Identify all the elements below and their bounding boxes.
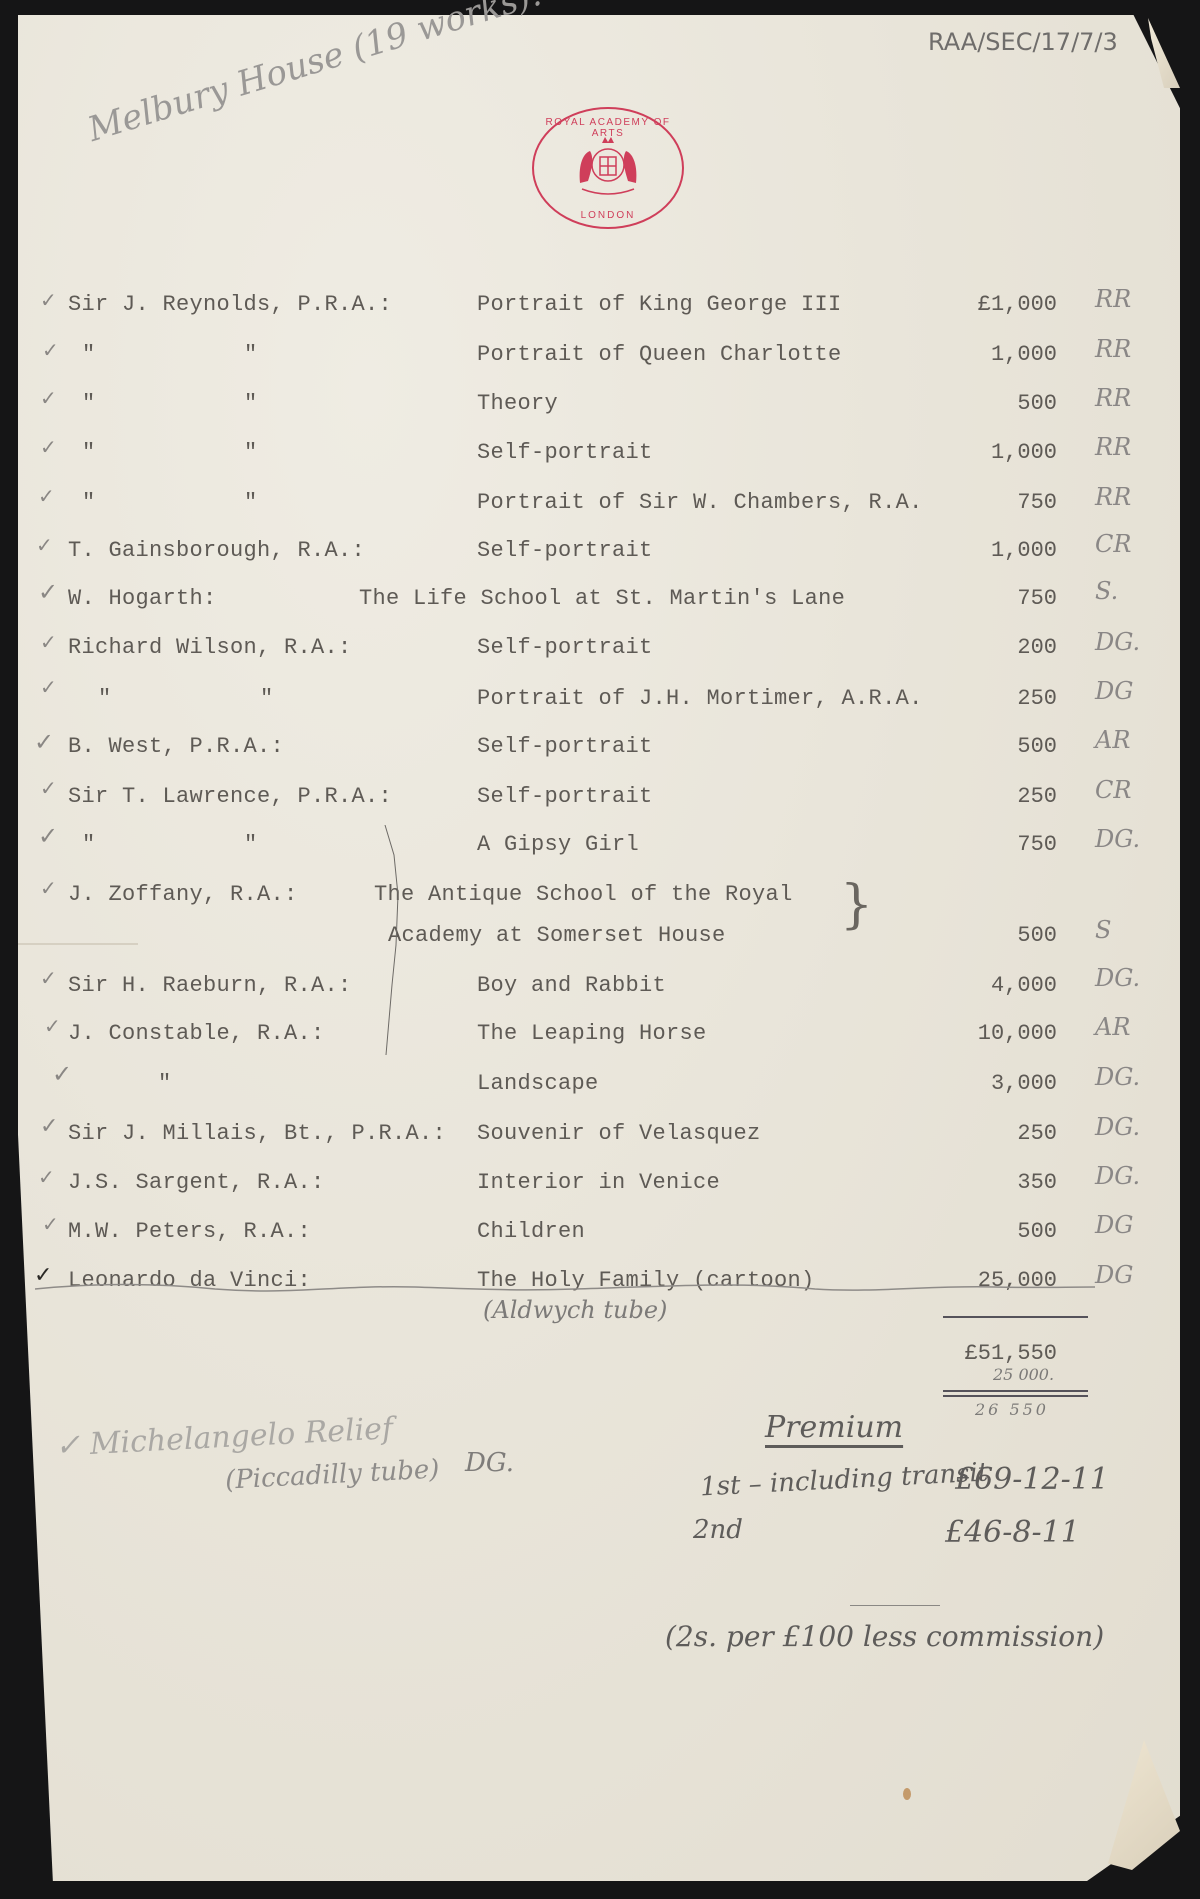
check-mark-icon: ✓ [42,1212,59,1236]
handwritten-initials: DG. [1095,826,1140,852]
check-mark-icon: ✓ [38,578,58,606]
premium-first-amount: £69-12-11 [955,1462,1109,1497]
work-title: Souvenir of Velasquez [477,1121,761,1147]
insured-value: 1,000 [991,538,1057,564]
artist-name: M.W. Peters, R.A.: [68,1219,311,1245]
premium-commission-note: (2s. per £100 less commission) [665,1620,1104,1653]
insured-value: 500 [1017,1219,1057,1245]
handwritten-initials: DG. [1095,1064,1140,1090]
handwritten-initials: CR [1095,777,1131,803]
insured-value: 250 [1017,686,1057,712]
check-mark-icon: ✓ [40,876,57,900]
artist-name: " " [98,686,274,712]
check-mark-icon: ✓ [44,1014,61,1038]
handwritten-initials: DG. [1095,1114,1140,1140]
artist-name: " [158,1071,172,1097]
handwritten-initials: S. [1095,578,1118,604]
artist-name: " " [82,490,258,516]
work-title: The Life School at St. Martin's Lane [359,586,845,612]
artist-name: Sir J. Millais, Bt., P.R.A.: [68,1121,446,1147]
check-mark-icon: ✓ [40,776,57,800]
insured-value: 1,000 [991,440,1057,466]
artist-name: J.S. Sargent, R.A.: [68,1170,325,1196]
premium-second-amount: £46-8-11 [945,1515,1080,1550]
artist-name: " " [82,391,258,417]
bracket-glyph: } [840,879,873,931]
work-title: Boy and Rabbit [477,973,666,999]
handwritten-addendum-initials: DG. [465,1448,514,1478]
check-mark-icon: ✓ [42,338,59,362]
handwritten-initials: AR [1095,727,1130,753]
subtotal-rule [943,1316,1088,1318]
work-title: Portrait of Queen Charlotte [477,342,842,368]
artist-name: Sir J. Reynolds, P.R.A.: [68,292,392,318]
check-mark-icon: ✓ [38,484,55,508]
handwritten-initials: DG. [1095,1163,1140,1189]
check-mark-icon: ✓ [40,675,57,699]
artist-name: B. West, P.R.A.: [68,734,284,760]
paper-crease [18,943,138,945]
insured-value: 350 [1017,1170,1057,1196]
check-mark-icon: ✓ [40,435,57,459]
artist-name: Richard Wilson, R.A.: [68,635,352,661]
handwritten-initials: AR [1095,1014,1130,1040]
artist-name: " " [82,832,258,858]
check-mark-icon: ✓ [52,1060,72,1088]
paper-stain [903,1788,911,1800]
work-title: Portrait of King George III [477,292,842,318]
work-title: Self-portrait [477,734,653,760]
artist-name: Sir H. Raeburn, R.A.: [68,973,352,999]
work-title: The Leaping Horse [477,1021,707,1047]
check-mark-icon: ✓ [36,533,53,557]
handwritten-net-total: 26 550 [975,1400,1049,1419]
work-title: Landscape [477,1071,599,1097]
artist-name: J. Zoffany, R.A.: [68,882,298,908]
check-mark-icon: ✓ [40,1114,58,1139]
artist-name: Sir T. Lawrence, P.R.A.: [68,784,392,810]
handwritten-initials: RR [1095,484,1131,510]
coat-of-arms-icon [572,133,644,199]
insured-value: £1,000 [978,292,1057,318]
insured-value: 750 [1017,586,1057,612]
handwritten-initials: DG [1095,1212,1133,1238]
strike-through-line [35,1281,1095,1293]
archive-reference: RAA/SEC/17/7/3 [928,28,1118,56]
work-title: Self-portrait [477,635,653,661]
artist-name: " " [82,342,258,368]
artist-name: J. Constable, R.A.: [68,1021,325,1047]
work-title: Theory [477,391,558,417]
premium-second-label: 2nd [693,1515,743,1545]
work-title: Children [477,1219,585,1245]
handwritten-divider [850,1605,940,1606]
check-mark-icon: ✓ [40,386,57,410]
check-mark-icon: ✓ [38,822,58,850]
artist-name: T. Gainsborough, R.A.: [68,538,365,564]
handwritten-initials: DG. [1095,965,1140,991]
royal-academy-seal: ROYAL ACADEMY OF ARTS LONDON [532,107,684,229]
handwritten-initials: DG. [1095,629,1140,655]
premium-heading: Premium [765,1410,903,1445]
handwritten-initials: DG [1095,678,1133,704]
check-mark-icon: ✓ [40,966,57,990]
insured-value: 500 [1017,923,1057,949]
handwritten-initials: DG [1095,1262,1133,1288]
work-title: Interior in Venice [477,1170,720,1196]
insured-value: 200 [1017,635,1057,661]
artist-name: " " [82,440,258,466]
insured-value: 1,000 [991,342,1057,368]
handwritten-initials: CR [1095,531,1131,557]
grand-total: £51,550 [965,1341,1057,1367]
insured-value: 500 [1017,734,1057,760]
insured-value: 750 [1017,490,1057,516]
work-title: Self-portrait [477,440,653,466]
work-title: Portrait of J.H. Mortimer, A.R.A. [477,686,923,712]
check-mark-icon: ✓ [38,1165,55,1189]
insured-value: 3,000 [991,1071,1057,1097]
total-double-rule-1 [943,1390,1088,1392]
work-title: A Gipsy Girl [477,832,639,858]
handwritten-initials: RR [1095,385,1131,411]
artist-name: W. Hogarth: [68,586,217,612]
insured-value: 750 [1017,832,1057,858]
total-double-rule-2 [943,1395,1088,1397]
handwritten-location-note: (Aldwych tube) [483,1296,667,1324]
work-title: Self-portrait [477,784,653,810]
insured-value: 250 [1017,784,1057,810]
work-title: The Antique School of the Royal [374,882,793,908]
handwritten-initials: RR [1095,336,1131,362]
handwritten-initials: S [1095,917,1111,943]
insured-value: 250 [1017,1121,1057,1147]
seal-bottom-text: LONDON [534,210,682,221]
check-mark-icon: ✓ [40,630,57,654]
handwritten-initials: RR [1095,434,1131,460]
check-mark-icon: ✓ [40,288,57,312]
work-title: Self-portrait [477,538,653,564]
paper-tear-line [380,825,410,1075]
work-title: Portrait of Sir W. Chambers, R.A. [477,490,923,516]
insured-value: 10,000 [978,1021,1057,1047]
handwritten-deduction: 25 000. [993,1365,1054,1384]
insured-value: 4,000 [991,973,1057,999]
check-mark-icon: ✓ [34,728,54,756]
insured-value: 500 [1017,391,1057,417]
handwritten-initials: RR [1095,286,1131,312]
work-title-line-2: Academy at Somerset House [388,923,726,949]
